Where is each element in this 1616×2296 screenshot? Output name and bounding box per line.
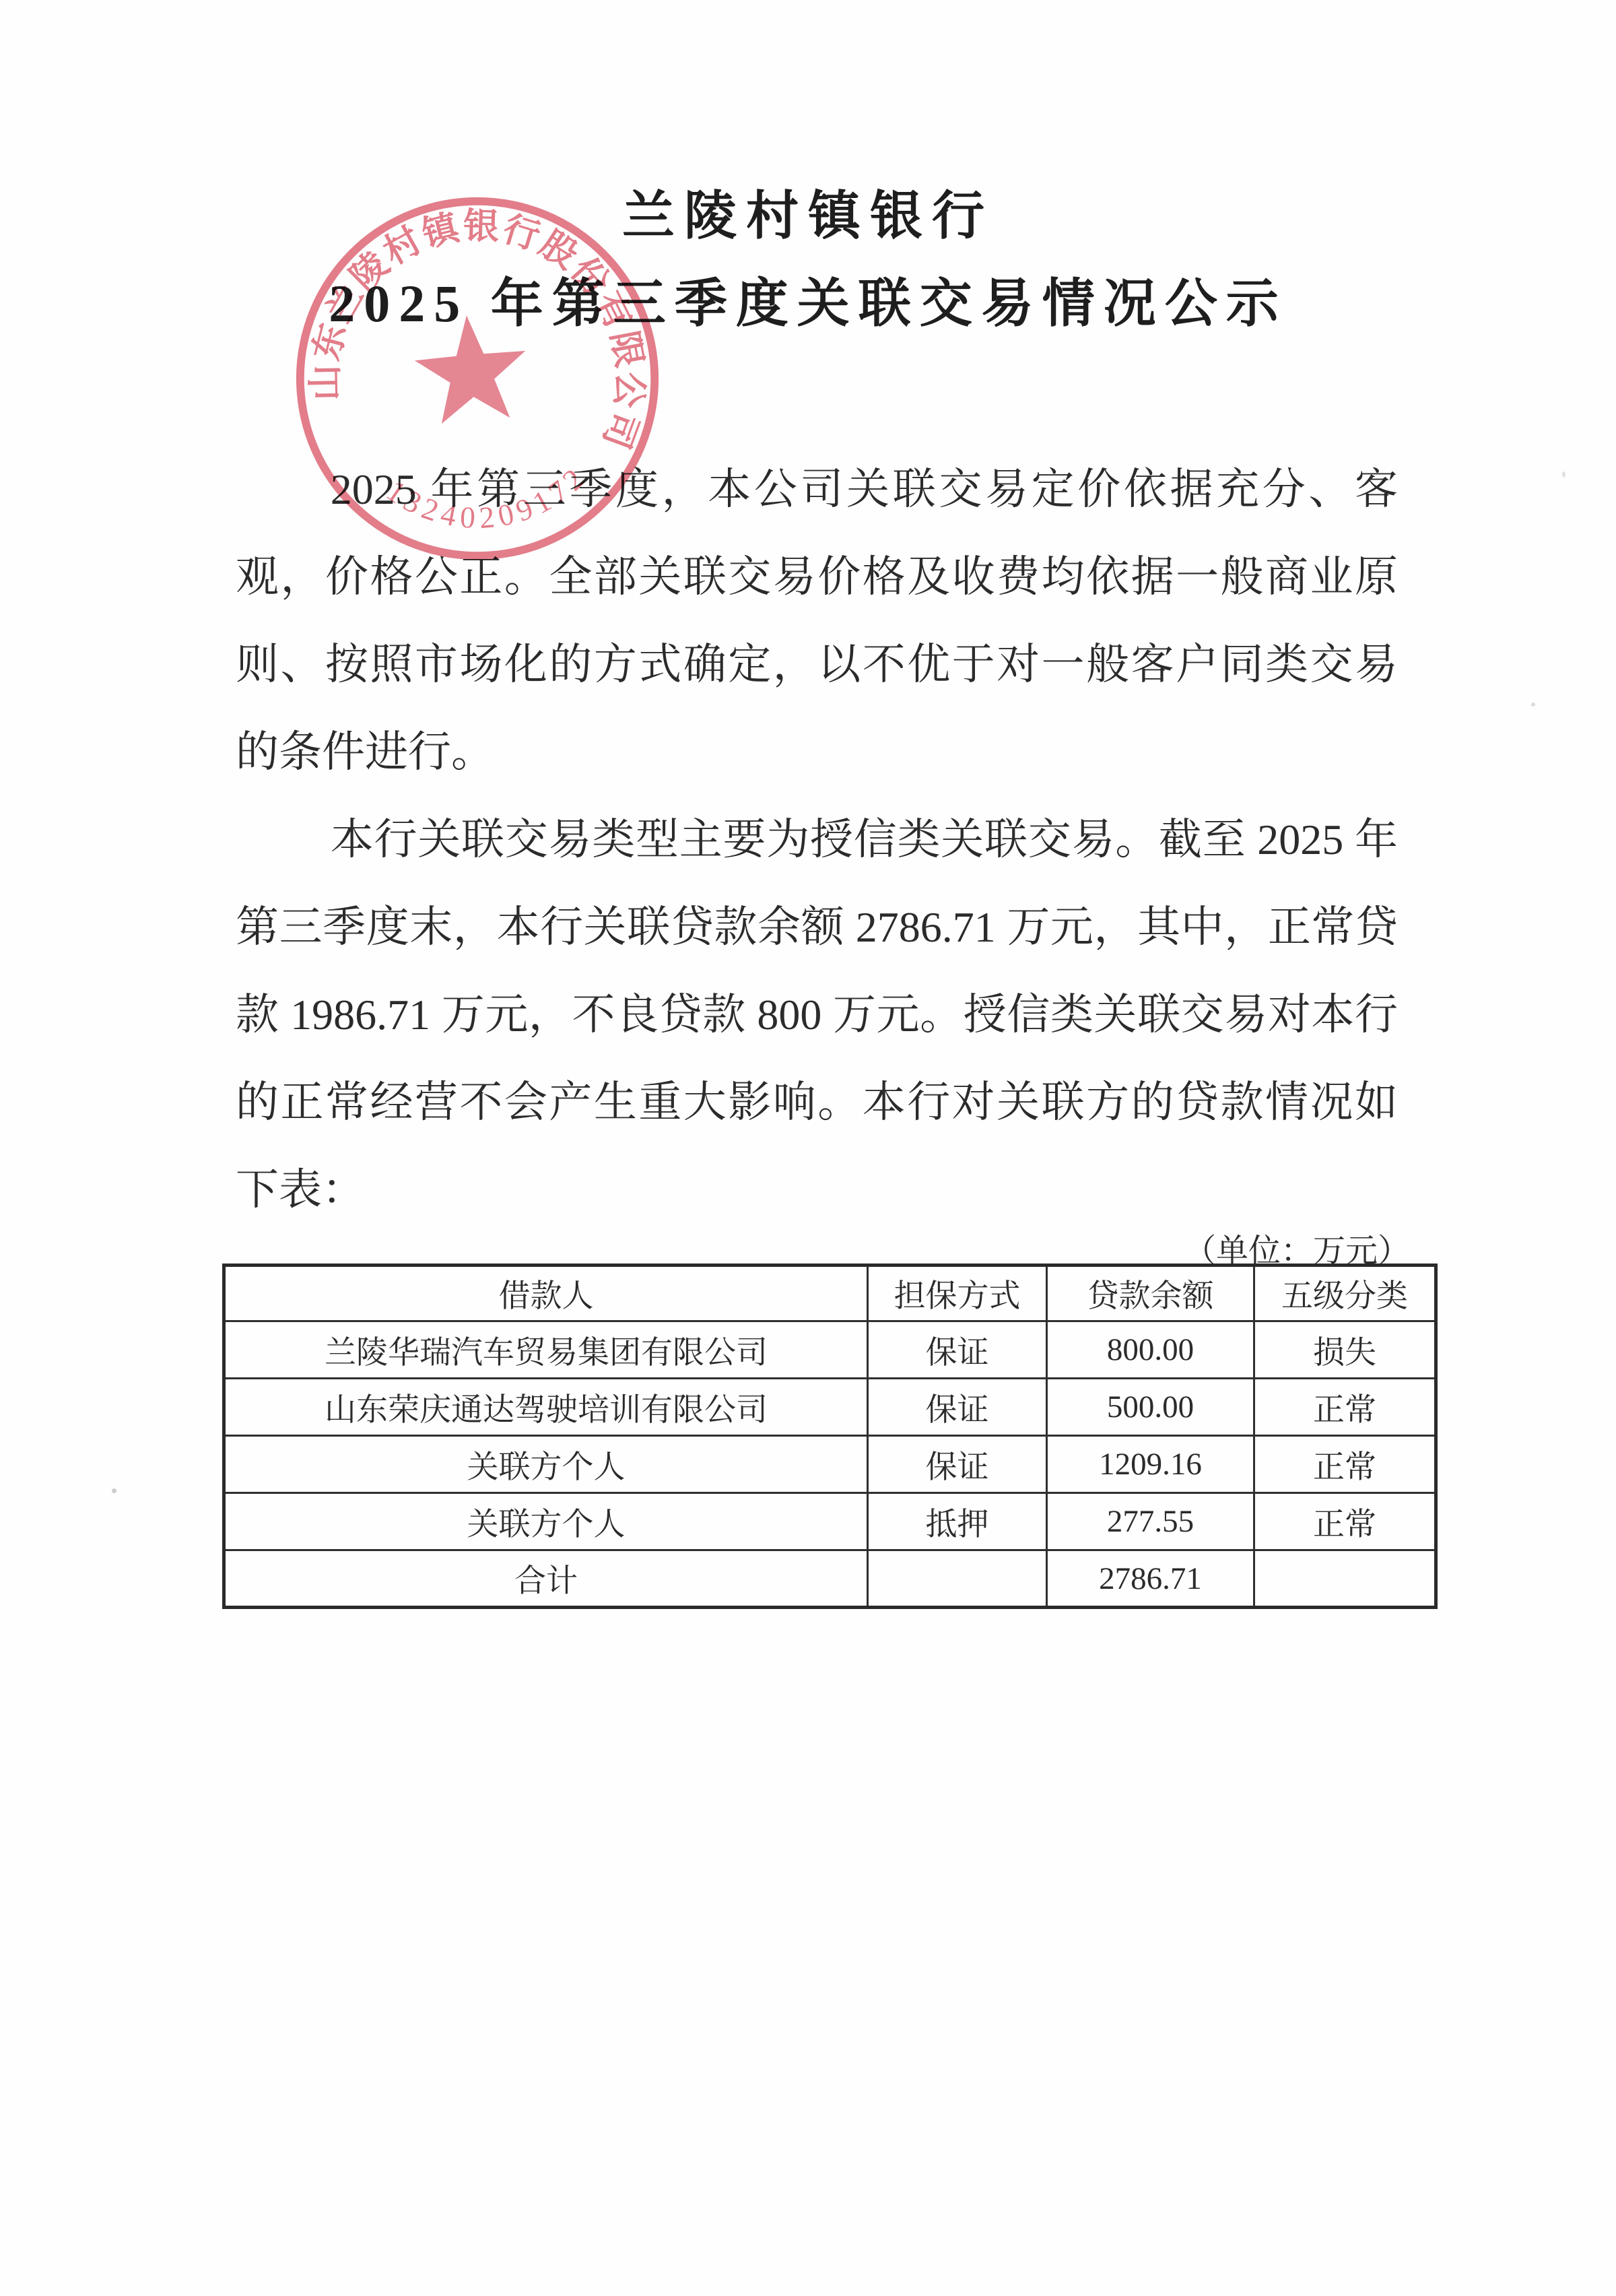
table-cell: 正常 — [1254, 1436, 1436, 1493]
table-cell: 兰陵华瑞汽车贸易集团有限公司 — [224, 1321, 868, 1379]
table-cell: 正常 — [1254, 1379, 1436, 1436]
table-cell: 合计 — [224, 1550, 868, 1608]
document-title-announcement: 2025 年第三季度关联交易情况公示 — [0, 261, 1616, 337]
paragraph-loan-balance: 本行关联交易类型主要为授信类关联交易。截至 2025 年第三季度末，本行关联贷款… — [236, 796, 1398, 1234]
table-cell: 关联方个人 — [224, 1493, 868, 1550]
table-cell: 2786.71 — [1047, 1550, 1254, 1608]
related-party-loan-table: 借款人担保方式贷款余额五级分类 兰陵华瑞汽车贸易集团有限公司保证800.00损失… — [222, 1264, 1438, 1609]
table-row: 合计2786.71 — [224, 1550, 1436, 1608]
table-cell: 800.00 — [1047, 1321, 1254, 1379]
table-cell: 正常 — [1254, 1493, 1436, 1550]
table-row: 山东荣庆通达驾驶培训有限公司保证500.00正常 — [224, 1379, 1436, 1436]
table-cell: 抵押 — [868, 1493, 1047, 1550]
table-cell: 1209.16 — [1047, 1436, 1254, 1493]
table-cell: 关联方个人 — [224, 1436, 868, 1493]
scan-speckle — [1531, 702, 1535, 707]
table-cell — [868, 1550, 1047, 1608]
table-cell — [1254, 1550, 1436, 1608]
document-page: 兰陵村镇银行 2025 年第三季度关联交易情况公示 2025 年第三季度，本公司… — [0, 0, 1616, 2296]
table-cell: 损失 — [1254, 1321, 1436, 1379]
table-cell: 500.00 — [1047, 1379, 1254, 1436]
table-row: 关联方个人保证1209.16正常 — [224, 1436, 1436, 1493]
body-paragraphs: 2025 年第三季度，本公司关联交易定价依据充分、客观，价格公正。全部关联交易价… — [236, 446, 1398, 1234]
loan-table-body: 兰陵华瑞汽车贸易集团有限公司保证800.00损失山东荣庆通达驾驶培训有限公司保证… — [224, 1321, 1436, 1608]
table-row: 兰陵华瑞汽车贸易集团有限公司保证800.00损失 — [224, 1321, 1436, 1379]
table-cell: 保证 — [868, 1379, 1047, 1436]
table-header-cell: 担保方式 — [868, 1266, 1047, 1321]
scan-speckle — [112, 1488, 116, 1493]
scan-speckle — [1562, 471, 1565, 478]
table-header-cell: 五级分类 — [1254, 1266, 1436, 1321]
paragraph-pricing-statement: 2025 年第三季度，本公司关联交易定价依据充分、客观，价格公正。全部关联交易价… — [236, 446, 1398, 796]
table-cell: 277.55 — [1047, 1493, 1254, 1550]
table-header-cell: 贷款余额 — [1047, 1266, 1254, 1321]
table-header-row: 借款人担保方式贷款余额五级分类 — [224, 1266, 1436, 1321]
table-cell: 保证 — [868, 1321, 1047, 1379]
table-cell: 山东荣庆通达驾驶培训有限公司 — [224, 1379, 868, 1436]
table-row: 关联方个人抵押277.55正常 — [224, 1493, 1436, 1550]
table-header-cell: 借款人 — [224, 1266, 868, 1321]
document-title-bank-name: 兰陵村镇银行 — [0, 174, 1616, 249]
table-cell: 保证 — [868, 1436, 1047, 1493]
